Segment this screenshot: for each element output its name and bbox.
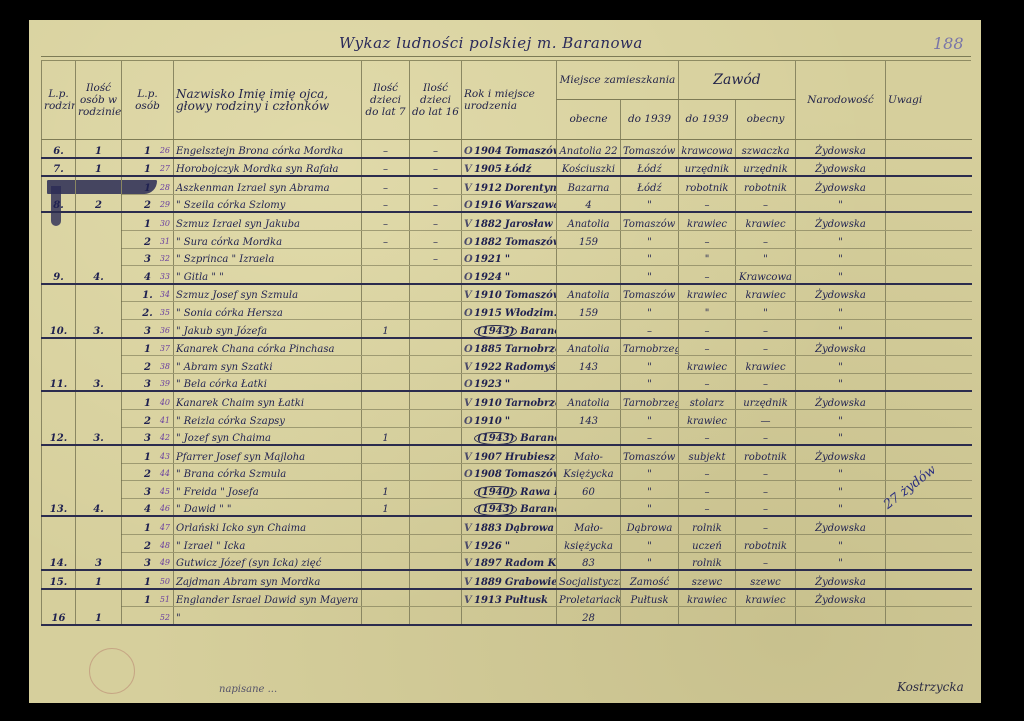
residence-current [557,373,621,391]
children-under-7 [362,302,410,320]
occupation-1939: subjekt [679,445,736,463]
children-under-7 [362,284,410,302]
birth-place: Tarnobrzeg [505,344,557,355]
birth-place: Tarnobrzeg [505,398,557,409]
nationality: " [796,409,886,427]
status-mark: V [464,523,474,534]
status-mark: O [464,200,474,211]
person-name: Orlański Icko syn Chaima [174,516,362,534]
person-lp: 3 [144,254,151,265]
residence-current [557,319,621,337]
occupation-1939: urzędnik [679,158,736,177]
residence-1939: " [621,373,679,391]
occupation-current: – [736,319,796,337]
birth-year: 1908 [474,469,502,480]
birth-place: Dorentyn [505,183,557,194]
status-mark: O [464,469,474,480]
birth-place: Hrubieszów Lub. [505,452,557,463]
notes [886,373,972,391]
occupation-1939: rolnik [679,516,736,534]
family-number: 16 [42,589,76,625]
notes [886,319,972,337]
residence-current [557,498,621,516]
person-name: " Sura córka Mordka [174,230,362,248]
nationality: " [796,481,886,499]
children-under-16: – [410,230,462,248]
residence-1939: " [621,248,679,266]
children-under-7 [362,356,410,374]
table-row: 336" Jakub syn Józefa1(1943)Baranów–––" [42,319,972,337]
children-under-7: 1 [362,481,410,499]
children-under-16: – [410,158,462,177]
person-number: 130 [122,212,174,230]
table-row: 14.3147Orlański Icko syn ChaimaV1883Dąbr… [42,516,972,534]
birth-year-place: (1940)Rawa Ruska [462,481,557,499]
person-lp: 2 [144,200,151,211]
children-under-7 [362,552,410,570]
person-lp: 3 [144,558,151,569]
nationality: " [796,266,886,284]
register-body: 6.1126Engelsztejn Brona córka Mordka––O1… [42,140,972,626]
col-dzieci-7: Ilość dzieci do lat 7 [362,61,410,140]
occupation-current: szewc [736,570,796,589]
children-under-16 [410,427,462,445]
nationality: " [796,302,886,320]
nationality: " [796,194,886,212]
residence-1939: Zamość [621,570,679,589]
nationality: Żydowska [796,570,886,589]
person-lp: 2. [142,308,152,319]
person-number: 349 [122,552,174,570]
person-name: Szmuz Josef syn Szmula [174,284,362,302]
person-lp: 3 [144,433,151,444]
children-under-7: – [362,176,410,194]
birth-year: 1882 [474,219,502,230]
notes [886,535,972,553]
residence-1939: " [621,409,679,427]
birth-year-place: V1883Dąbrowa Bielska [462,516,557,534]
birth-place: Tomaszów Lub. [505,237,557,248]
residence-1939: Dąbrowa [621,516,679,534]
table-row: 7.1127Horobojczyk Mordka syn Rafała––V19… [42,158,972,177]
occupation-current: robotnik [736,176,796,194]
table-row: 8.2128Aszkenman Izrael syn Abrama––V1912… [42,176,972,194]
person-lp: 1 [144,146,151,157]
birth-year: 1922 [474,362,502,373]
person-name: " Bela córka Łatki [174,373,362,391]
residence-current: Mało- [557,445,621,463]
sequence-number: 47 [160,523,170,532]
children-under-7: 1 [362,427,410,445]
notes [886,284,972,302]
residence-1939: " [621,481,679,499]
birth-place: Dąbrowa Bielska [505,523,557,534]
family-size: 3. [76,338,122,392]
table-row: 9.4.130Szmuz Izrael syn Jakuba––V1882Jar… [42,212,972,230]
table-row: 6.1126Engelsztejn Brona córka Mordka––O1… [42,140,972,158]
residence-1939: " [621,302,679,320]
occupation-1939: krawiec [679,409,736,427]
birth-place: Warszawa [505,200,557,211]
person-lp: 1 [144,523,151,534]
sequence-number: 30 [160,219,170,228]
residence-1939: Tarnobrzeg [621,391,679,409]
birth-year: 1913 [474,595,502,606]
status-mark: V [464,577,474,588]
person-lp: 2 [144,362,151,373]
birth-place: " [505,416,510,427]
notes [886,194,972,212]
children-under-7: – [362,194,410,212]
sequence-number: 31 [160,237,170,246]
notes [886,516,972,534]
family-size: 1 [76,589,122,625]
occupation-1939: robotnik [679,176,736,194]
table-row: 241" Reizla córka SzapsyO1910"143"krawie… [42,409,972,427]
col-zaw-obecny: obecny [736,99,796,139]
col-uwagi: Uwagi [886,61,972,140]
nationality: Żydowska [796,589,886,607]
birth-place: Baranów [520,504,556,515]
birth-year-place: (1943)Baranów [462,319,557,337]
birth-place: Radomyśl [505,362,557,373]
person-lp: 3 [144,379,151,390]
residence-current: 143 [557,409,621,427]
birth-year: 1915 [474,308,502,319]
occupation-1939: rolnik [679,552,736,570]
occupation-current: urzędnik [736,391,796,409]
occupation-1939: krawiec [679,284,736,302]
sequence-number: 49 [160,558,170,567]
children-under-16 [410,481,462,499]
occupation-1939: – [679,194,736,212]
nationality: Żydowska [796,212,886,230]
family-size: 4. [76,212,122,283]
occupation-current: robotnik [736,535,796,553]
person-number: 137 [122,338,174,356]
person-number: 342 [122,427,174,445]
person-number: 433 [122,266,174,284]
person-number: 127 [122,158,174,177]
status-mark: V [464,558,474,569]
birth-year-place: (1943)Baranów [462,498,557,516]
notes [886,552,972,570]
notes [886,607,972,625]
family-size: 4. [76,445,122,516]
person-number: 248 [122,535,174,553]
status-mark: V [464,398,474,409]
nationality: " [796,498,886,516]
person-number: 151 [122,589,174,607]
nationality: " [796,535,886,553]
residence-1939: Tomaszów L. [621,212,679,230]
col-zaw-1939: do 1939 [679,99,736,139]
col-zamieszkanie: Miejsce zamieszkania [557,61,679,99]
family-size: 3. [76,391,122,445]
children-under-16: – [410,140,462,158]
person-name: Szmuz Izrael syn Jakuba [174,212,362,230]
table-row: 238" Abram syn SzatkiV1922Radomyśl143"kr… [42,356,972,374]
person-name: Horobojczyk Mordka syn Rafała [174,158,362,177]
sequence-number: 43 [160,452,170,461]
status-mark: V [464,595,474,606]
col-zawod: Zawód [679,61,796,99]
birth-place: Baranów [520,433,556,444]
notes [886,427,972,445]
person-number: 52 [122,607,174,625]
table-row: 15.1150Zajdman Abram syn MordkaV1889Grab… [42,570,972,589]
residence-current: Proletariacka [557,589,621,607]
person-number: 150 [122,570,174,589]
person-number: 241 [122,409,174,427]
sequence-number: 35 [160,308,170,317]
sequence-number: 28 [160,183,170,192]
nationality: " [796,373,886,391]
person-number: 446 [122,498,174,516]
person-name: " Szprinca " Izraela [174,248,362,266]
residence-1939: Tomaszów L. [621,140,679,158]
occupation-current [736,607,796,625]
birth-year-place: V1897Radom Kielc. [462,552,557,570]
person-lp: 1 [144,344,151,355]
residence-1939: Tomaszów L. [621,284,679,302]
person-number: 336 [122,319,174,337]
family-number: 9. [42,212,76,283]
children-under-16: – [410,176,462,194]
status-mark: O [464,254,474,265]
family-number: 6. [42,140,76,158]
occupation-current: – [736,373,796,391]
sequence-number: 52 [160,613,170,622]
sequence-number: 41 [160,416,170,425]
person-name: Aszkenman Izrael syn Abrama [174,176,362,194]
birth-year-place: V1910Tarnobrzeg [462,391,557,409]
person-name: Kanarek Chana córka Pinchasa [174,338,362,356]
person-lp: 4 [144,272,151,283]
family-number: 10. [42,284,76,338]
person-number: 1.34 [122,284,174,302]
birth-year: 1882 [474,237,502,248]
occupation-current: szwaczka [736,140,796,158]
residence-current [557,266,621,284]
birth-year-place: (1943)Baranów [462,427,557,445]
birth-year: 1897 [474,558,502,569]
occupation-1939: krawiec [679,356,736,374]
residence-current [557,248,621,266]
person-name: " Reizla córka Szapsy [174,409,362,427]
nationality: " [796,463,886,481]
children-under-7 [362,391,410,409]
birth-year: 1904 [474,146,502,157]
children-under-7: 1 [362,319,410,337]
residence-1939: Łódź [621,176,679,194]
children-under-16 [410,338,462,356]
birth-year: (1943) [474,432,517,445]
birth-year-place: V1922Radomyśl [462,356,557,374]
person-number: 244 [122,463,174,481]
status-mark: O [464,416,474,427]
occupation-1939: krawiec [679,589,736,607]
residence-current: Anatolia [557,391,621,409]
birth-year: 1885 [474,344,502,355]
family-number: 12. [42,391,76,445]
children-under-7 [362,338,410,356]
birth-year-place: V1910Tomaszów Lub. [462,284,557,302]
birth-year: 1912 [474,183,502,194]
occupation-current: – [736,481,796,499]
children-under-16 [410,589,462,607]
children-under-7: – [362,230,410,248]
family-number: 13. [42,445,76,516]
children-under-16 [410,391,462,409]
residence-current: Anatolia [557,338,621,356]
person-number: 229 [122,194,174,212]
person-name: " Jakub syn Józefa [174,319,362,337]
status-mark: V [464,290,474,301]
person-name: " Brana córka Szmula [174,463,362,481]
person-name: " Szeila córka Szlomy [174,194,362,212]
table-row: 433" Gitla " "O1924""–Krawcowa" [42,266,972,284]
col-dzieci-16: Ilość dzieci do lat 16 [410,61,462,140]
birth-place: " [505,541,510,552]
occupation-current: – [736,230,796,248]
sequence-number: 37 [160,344,170,353]
occupation-current: – [736,463,796,481]
birth-place: " [505,254,510,265]
occupation-current: " [736,302,796,320]
birth-year: 1923 [474,379,502,390]
residence-1939: Tarnobrzeg [621,338,679,356]
residence-1939: " [621,230,679,248]
occupation-1939: – [679,481,736,499]
occupation-current: krawiec [736,589,796,607]
occupation-1939: – [679,338,736,356]
children-under-16: – [410,212,462,230]
sequence-number: 48 [160,541,170,550]
family-number: 14. [42,516,76,570]
footer-note: napisane ... [219,684,277,695]
status-mark: O [464,146,474,157]
family-size: 1 [76,158,122,177]
residence-1939: – [621,427,679,445]
occupation-current: krawiec [736,212,796,230]
family-size: 3. [76,284,122,338]
occupation-current: – [736,194,796,212]
person-lp: 1 [144,183,151,194]
residence-current: Anatolia 22 [557,140,621,158]
birth-year: (1943) [474,325,517,338]
sequence-number: 34 [160,290,170,299]
occupation-current: krawiec [736,284,796,302]
nationality: Żydowska [796,176,886,194]
nationality: " [796,230,886,248]
residence-1939: Łódź [621,158,679,177]
occupation-current: " [736,248,796,266]
children-under-16 [410,356,462,374]
occupation-1939: uczeń [679,535,736,553]
occupation-current: – [736,516,796,534]
occupation-1939: krawcowa [679,140,736,158]
person-lp: 2 [144,416,151,427]
occupation-1939: stolarz [679,391,736,409]
birth-year: 1924 [474,272,502,283]
birth-year-place: V1907Hrubieszów Lub. [462,445,557,463]
children-under-7 [362,266,410,284]
nationality [796,607,886,625]
family-size: 2 [76,176,122,212]
birth-year: 1889 [474,577,502,588]
table-row: 161151Englander Israel Dawid syn MayeraV… [42,589,972,607]
document-page: Wykaz ludności polskiej m. Baranowa 188 … [29,20,981,703]
document-title: Wykaz ludności polskiej m. Baranowa [339,34,643,52]
residence-current: 28 [557,607,621,625]
occupation-1939: – [679,498,736,516]
children-under-16 [410,516,462,534]
sequence-number: 40 [160,398,170,407]
col-nazwisko: Nazwisko Imię imię ojca, głowy rodziny i… [174,61,362,140]
birth-year-place: V1912Dorentyn [462,176,557,194]
birth-place: Grabowiec [505,577,557,588]
children-under-7 [362,409,410,427]
residence-current: 159 [557,302,621,320]
residence-1939: " [621,498,679,516]
status-mark: O [464,308,474,319]
person-lp: 1 [144,577,151,588]
residence-current: Socjalistyczna [557,570,621,589]
person-number: 128 [122,176,174,194]
person-name: Engelsztejn Brona córka Mordka [174,140,362,158]
notes [886,140,972,158]
status-mark: V [464,219,474,230]
person-number: 345 [122,481,174,499]
birth-year: 1910 [474,398,502,409]
nationality: " [796,427,886,445]
occupation-current: – [736,427,796,445]
sequence-number: 45 [160,487,170,496]
birth-year-place: V1889Grabowiec [462,570,557,589]
table-row: 248" Izrael " IckaV1926"księżycka"uczeńr… [42,535,972,553]
birth-place: Łódź [505,164,531,175]
notes [886,158,972,177]
children-under-16: – [410,248,462,266]
person-lp: 1 [144,595,151,606]
col-lp-osob: L.p. osób [122,61,174,140]
notes [886,356,972,374]
birth-place: Włodzim. Wol. [505,308,557,319]
notes [886,302,972,320]
birth-year-place: V1913Pułtusk [462,589,557,607]
col-narodowosc: Narodowość [796,61,886,140]
birth-year-place: O1923" [462,373,557,391]
residence-current: 4 [557,194,621,212]
sequence-number: 32 [160,254,170,263]
family-size: 1 [76,140,122,158]
birth-year-place: O1882Tomaszów Lub. [462,230,557,248]
nationality: " [796,248,886,266]
sequence-number: 29 [160,200,170,209]
status-mark: O [464,379,474,390]
status-mark: O [464,237,474,248]
person-number: 2.35 [122,302,174,320]
notes [886,391,972,409]
birth-place: " [505,272,510,283]
birth-year-place: O1915Włodzim. Wol. [462,302,557,320]
person-lp: 1 [144,164,151,175]
birth-year-place: O1908Tomaszów Lub. [462,463,557,481]
children-under-16 [410,373,462,391]
birth-year: 1921 [474,254,502,265]
birth-year: 1910 [474,290,502,301]
